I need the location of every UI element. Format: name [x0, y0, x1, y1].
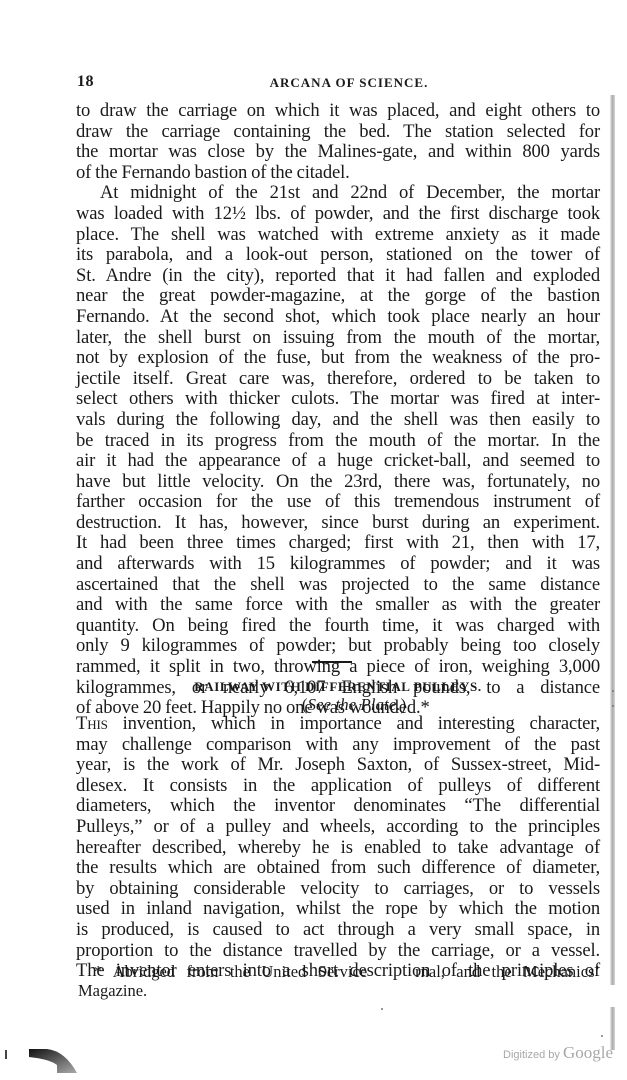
gutter-gap [608, 985, 618, 1007]
paren-close: ) [401, 695, 407, 714]
text-line: At midnight of the 21st and 22nd of Dece… [76, 183, 600, 204]
text-line: have but little velocity. On the 23rd, t… [76, 472, 600, 493]
text-line: of the Fernando bastion of the citadel. [76, 163, 600, 184]
text-line: its parabola, and a look-out person, sta… [76, 245, 600, 266]
section-divider [312, 661, 352, 663]
text-line: was loaded with 12½ lbs. of powder, and … [76, 204, 600, 225]
text-line: select others with thicker culots. The m… [76, 389, 600, 410]
text-line: later, the shell burst on issuing from t… [76, 328, 600, 349]
text-line: ascertained that the shell was projected… [76, 575, 600, 596]
digitized-by-google-watermark: Digitized by Google [503, 1043, 613, 1063]
text-line: farther occasion for the use of this tre… [76, 492, 600, 513]
text-line: place. The shell was watched with extrem… [76, 225, 600, 246]
text-line: may challenge comparison with any improv… [76, 735, 600, 756]
text-line-rest: invention, which in importance and inter… [108, 713, 600, 734]
text-line: It had been three times charged; first w… [76, 533, 600, 554]
text-line: dlesex. It consists in the application o… [76, 776, 600, 797]
text-line: Fernando. At the second shot, which took… [76, 307, 600, 328]
text-line: Pulleys,” or of a pulley and wheels, acc… [76, 817, 600, 838]
footnote-line: * Abridged from the United Servicernal, … [78, 962, 600, 981]
scan-speck [381, 1008, 383, 1010]
text-line: to draw the carriage on which it was pla… [76, 101, 600, 122]
plate-reference: See the Plate. [308, 695, 401, 714]
text-line: quantity. On being fired the fourth time… [76, 616, 600, 637]
running-head: 18 ARCANA OF SCIENCE. [77, 73, 599, 93]
scan-edge-mark [5, 1050, 7, 1059]
text-line: only 9 kilogrammes of powder; but probab… [76, 636, 600, 657]
footnote: * Abridged from the United Servicernal, … [78, 962, 600, 1000]
text-line: not by explosion of the fuse, but from t… [76, 348, 600, 369]
text-line: year, is the work of Mr. Joseph Saxton, … [76, 755, 600, 776]
text-line: and afterwards with 15 kilogrammes of po… [76, 554, 600, 575]
text-line: vals during the following day, and the s… [76, 410, 600, 431]
section-subheading: (See the Plate.) [76, 695, 616, 715]
book-page: 18 ARCANA OF SCIENCE. to draw the carria… [0, 0, 627, 1080]
text-line: jectile itself. Great care was, therefor… [76, 369, 600, 390]
text-line: proportion to the distance travelled by … [76, 941, 600, 962]
text-line: and with the same force with the smaller… [76, 595, 600, 616]
footnote-text: rnal, and the Mechanics’ [415, 962, 600, 981]
text-line: hereafter described, whereby he is enabl… [76, 838, 600, 859]
scan-speck [601, 1035, 603, 1037]
watermark-prefix: Digitized by [503, 1049, 563, 1061]
text-line: used in inland navigation, whilst the ro… [76, 899, 600, 920]
text-line: draw the carriage containing the bed. Th… [76, 122, 600, 143]
text-line: by obtaining considerable velocity to ca… [76, 879, 600, 900]
section-heading: RAILWAY WITH DIFFERENTIAL PULLEYS. [76, 679, 600, 695]
footnote-text: * Abridged from the United Service [94, 962, 367, 981]
library-stamp-icon [29, 1047, 79, 1073]
text-line: is produced, is caused to act through a … [76, 920, 600, 941]
text-line: air it had the appearance of a huge cric… [76, 451, 600, 472]
text-line: diameters, which the inventor denominate… [76, 796, 600, 817]
running-title: ARCANA OF SCIENCE. [77, 75, 599, 91]
google-logo-text: Google [563, 1043, 613, 1062]
article-mortar-text: to draw the carriage on which it was pla… [76, 101, 600, 719]
text-line: the mortar was close by the Malines-gate… [76, 142, 600, 163]
footnote-line: Magazine. [78, 981, 600, 1000]
scan-speck [612, 690, 614, 692]
text-line: This invention, which in importance and … [76, 714, 600, 735]
text-line: St. Andre (in the city), reported that i… [76, 266, 600, 287]
article-railway-text: This invention, which in importance and … [76, 714, 600, 982]
page-gutter-shadow [610, 95, 615, 1050]
text-line: destruction. It has, however, since burs… [76, 513, 600, 534]
text-line: near the great powder-magazine, at the g… [76, 286, 600, 307]
scan-speck [612, 705, 614, 707]
drop-word: This [76, 713, 108, 734]
text-line: be traced in its progress from the mouth… [76, 431, 600, 452]
text-line: the results which are obtained from such… [76, 858, 600, 879]
